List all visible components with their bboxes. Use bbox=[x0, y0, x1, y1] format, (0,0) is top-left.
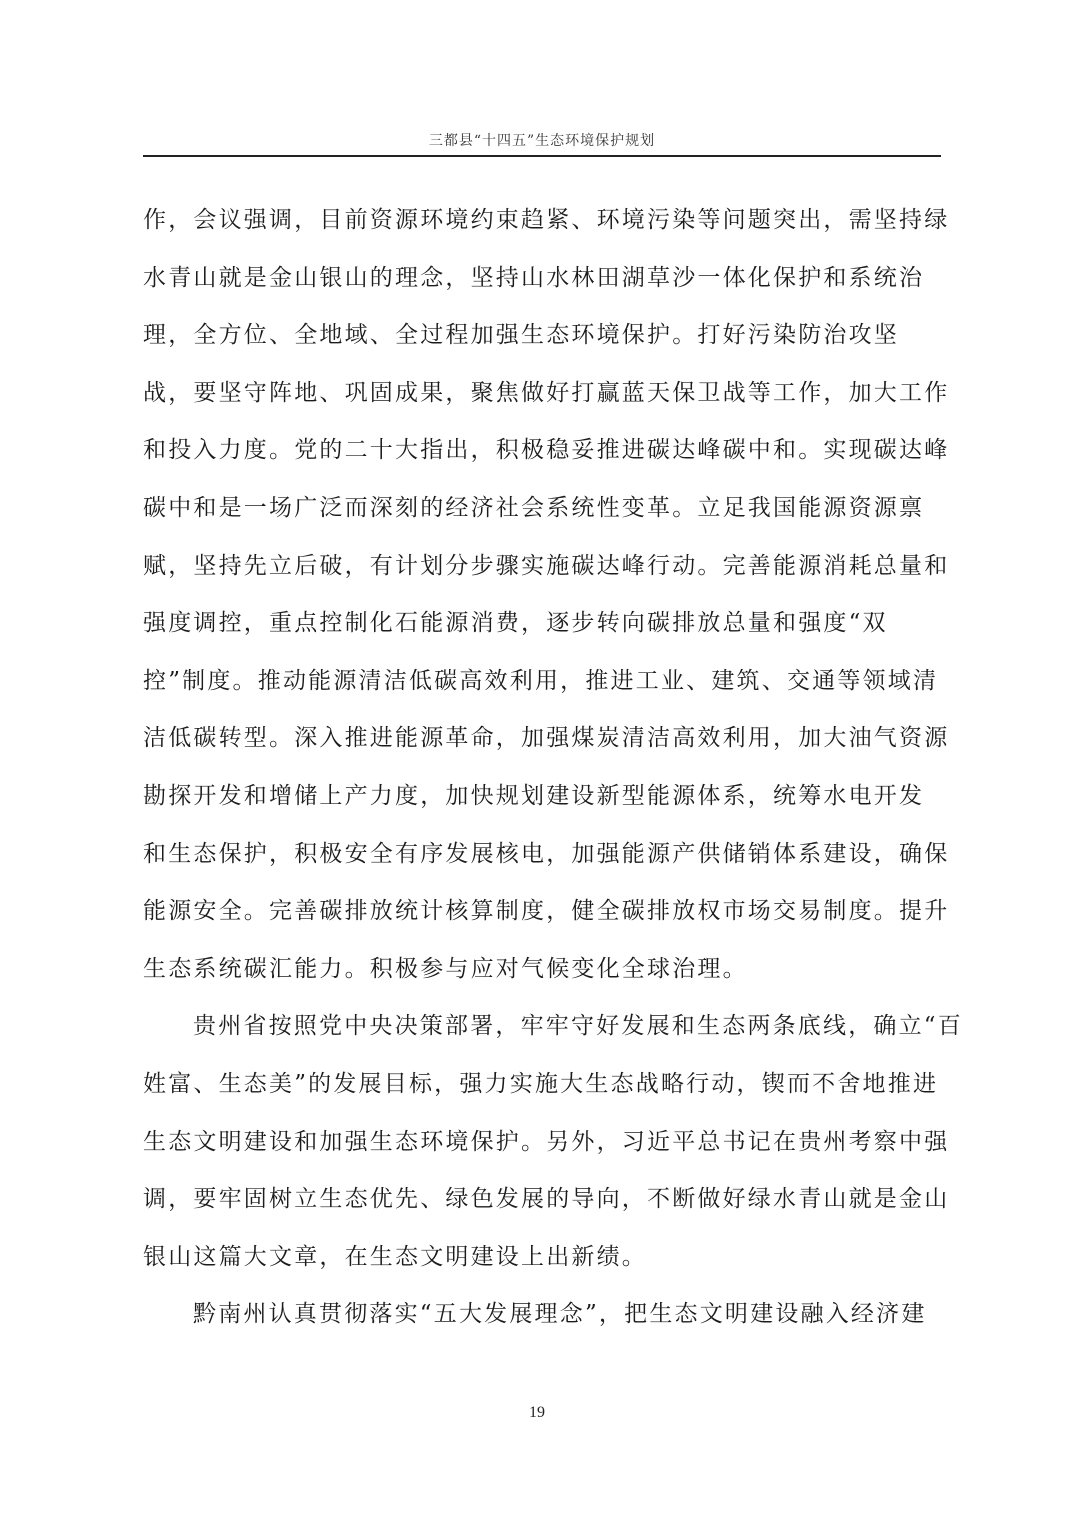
header-rule bbox=[143, 155, 941, 157]
text-line: 强度调控，重点控制化石能源消费，逐步转向碳排放总量和强度“双 bbox=[143, 601, 943, 659]
text-line: 作，会议强调，目前资源环境约束趋紧、环境污染等问题突出，需坚持绿 bbox=[143, 198, 943, 256]
text-line: 黔南州认真贯彻落实“五大发展理念”，把生态文明建设融入经济建 bbox=[143, 1292, 943, 1350]
text-line: 和投入力度。党的二十大指出，积极稳妥推进碳达峰碳中和。实现碳达峰 bbox=[143, 428, 943, 486]
text-line: 赋，坚持先立后破，有计划分步骤实施碳达峰行动。完善能源消耗总量和 bbox=[143, 544, 943, 602]
text-line: 控”制度。推动能源清洁低碳高效利用，推进工业、建筑、交通等领域清 bbox=[143, 659, 943, 717]
text-line: 战，要坚守阵地、巩固成果，聚焦做好打赢蓝天保卫战等工作，加大工作 bbox=[143, 371, 943, 429]
text-line: 和生态保护，积极安全有序发展核电，加强能源产供储销体系建设，确保 bbox=[143, 832, 943, 890]
text-line: 洁低碳转型。深入推进能源革命，加强煤炭清洁高效利用，加大油气资源 bbox=[143, 716, 943, 774]
text-line: 能源安全。完善碳排放统计核算制度，健全碳排放权市场交易制度。提升 bbox=[143, 889, 943, 947]
text-line: 生态文明建设和加强生态环境保护。另外，习近平总书记在贵州考察中强 bbox=[143, 1120, 943, 1178]
text-line: 贵州省按照党中央决策部署，牢牢守好发展和生态两条底线，确立“百 bbox=[143, 1004, 943, 1062]
text-line: 调，要牢固树立生态优先、绿色发展的导向，不断做好绿水青山就是金山 bbox=[143, 1177, 943, 1235]
text-line: 姓富、生态美”的发展目标，强力实施大生态战略行动，锲而不舍地推进 bbox=[143, 1062, 943, 1120]
text-line: 勘探开发和增储上产力度，加快规划建设新型能源体系，统筹水电开发 bbox=[143, 774, 943, 832]
text-line: 水青山就是金山银山的理念，坚持山水林田湖草沙一体化保护和系统治 bbox=[143, 256, 943, 314]
body-text: 作，会议强调，目前资源环境约束趋紧、环境污染等问题突出，需坚持绿水青山就是金山银… bbox=[143, 198, 943, 1350]
page-number: 19 bbox=[0, 1404, 1074, 1422]
page-header: 三都县“十四五”生态环境保护规划 bbox=[143, 130, 941, 150]
text-line: 银山这篇大文章，在生态文明建设上出新绩。 bbox=[143, 1235, 943, 1293]
text-line: 理，全方位、全地域、全过程加强生态环境保护。打好污染防治攻坚 bbox=[143, 313, 943, 371]
text-line: 碳中和是一场广泛而深刻的经济社会系统性变革。立足我国能源资源禀 bbox=[143, 486, 943, 544]
text-line: 生态系统碳汇能力。积极参与应对气候变化全球治理。 bbox=[143, 947, 943, 1005]
